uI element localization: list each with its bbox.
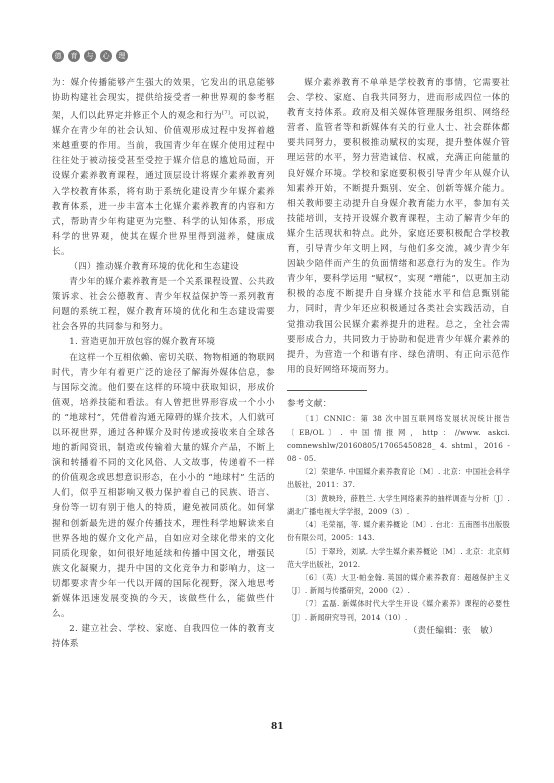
body-paragraph: 青少年的媒介素养教育是一个关系课程设置、公共政策诉求、社会公德教育、青少年权益保… [52, 275, 275, 335]
references-divider [287, 390, 367, 392]
body-paragraph: 在这样一个互相依赖、密切关联、物物相通的物联网时代，青少年有着更广泛的途径了解海… [52, 351, 275, 623]
reference-item: 〔5〕于翠玲，刘斌. 大学生媒介素养概论〔M〕. 北京：北京师范大学出版社，20… [287, 545, 510, 571]
subsection-heading: 1. 营造更加开放包容的媒介教育环境 [52, 335, 275, 350]
reference-item: 〔3〕黄映玲，薛胜兰. 大学生网络素养的抽样调查与分析〔J〕. 湖北广播电视大学… [287, 492, 510, 518]
section-logo: 德 育 与 心 理 [52, 50, 128, 62]
body-paragraph: 媒介素养教育不单单是学校教育的事情，它需要社会、学校、家庭、自我共同努力，进而形… [287, 76, 510, 378]
page-number: 81 [271, 722, 284, 732]
logo-char: 与 [84, 50, 96, 62]
section-heading: （四）推动媒介教育环境的优化和生态建设 [52, 260, 275, 275]
reference-item: 〔7〕孟磊. 新媒体时代大学生开设《媒介素养》课程的必要性〔J〕. 新闻研究导刊… [287, 597, 510, 623]
logo-char: 德 [52, 50, 64, 62]
logo-char: 理 [116, 50, 128, 62]
citation-mark: [7] [222, 110, 230, 116]
right-column: 媒介素养教育不单单是学校教育的事情，它需要社会、学校、家庭、自我共同努力，进而形… [287, 76, 510, 639]
subsection-heading: 2. 建立社会、学校、家庭、自我四位一体的教育支持体系 [52, 622, 275, 652]
reference-item: 〔4〕毛荣福，等. 媒介素养概论〔M〕. 台北：五南图书出版股份有限公司，200… [287, 518, 510, 544]
logo-char: 育 [68, 50, 80, 62]
references-title: 参考文献： [287, 397, 510, 412]
paragraph-text: 。可以说，媒介在青少年的社会认知、价值观形成过程中发挥着越来越重要的作用。当前，… [52, 111, 275, 257]
references-list: 〔1〕CNNIC：第 38 次中国互联网络发展状况统计报告〔EB/OL〕. 中国… [287, 412, 510, 623]
logo-char: 心 [100, 50, 112, 62]
editor-note: （责任编辑：张 敏） [287, 624, 510, 639]
left-column: 为：媒介传播能够产生强大的效果，它发出的讯息能够协助构建社会现实，提供给接受者一… [52, 76, 275, 652]
reference-item: 〔6〕（英）大卫·帕金翰. 英国的媒介素养教育：超越保护主义〔J〕. 新闻与传播… [287, 571, 510, 597]
body-paragraph: 为：媒介传播能够产生强大的效果，它发出的讯息能够协助构建社会现实，提供给接受者一… [52, 76, 275, 260]
reference-item: 〔2〕荣建华. 中国媒介素养教育论〔M〕. 北京：中国社会科学出版社，2011：… [287, 465, 510, 491]
reference-item: 〔1〕CNNIC：第 38 次中国互联网络发展状况统计报告〔EB/OL〕. 中国… [287, 412, 510, 465]
